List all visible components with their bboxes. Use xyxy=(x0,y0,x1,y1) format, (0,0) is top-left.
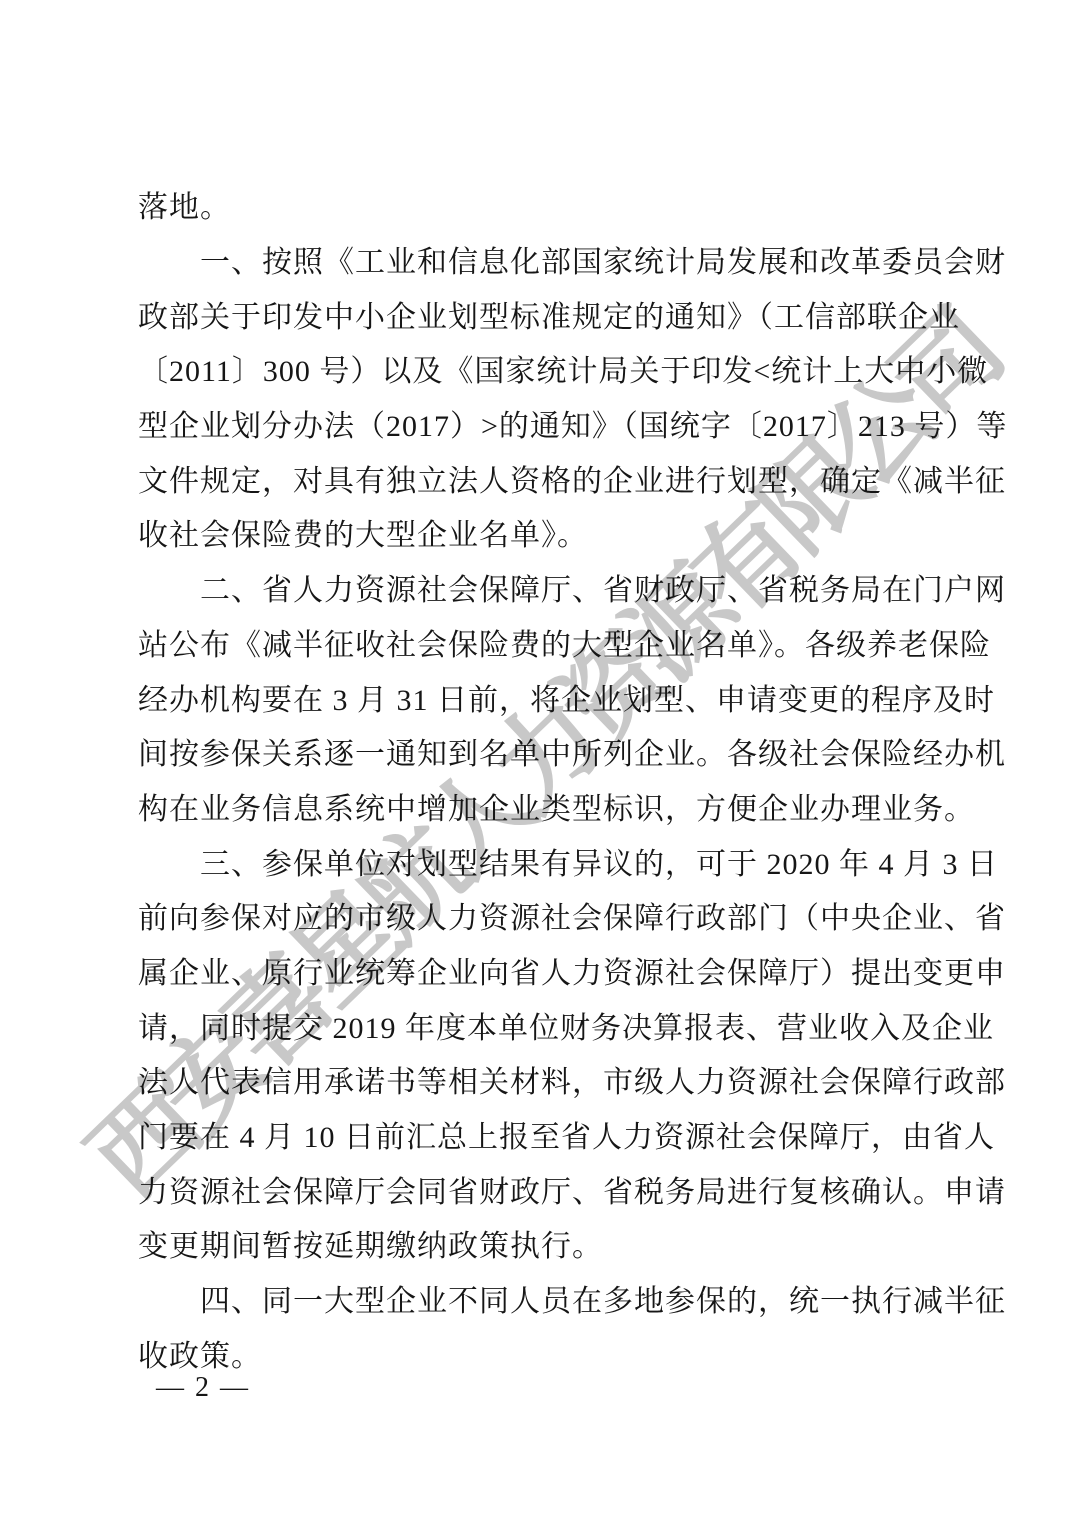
document-line: 属企业、原行业统筹企业向省人力资源社会保障厅）提出变更申 xyxy=(138,943,950,998)
document-page: 西安喜星航人力资源有限公司 落地。 一、按照《工业和信息化部国家统计局发展和改革… xyxy=(0,0,1080,1528)
document-line: 政部关于印发中小企业划型标准规定的通知》（工信部联企业 xyxy=(138,286,950,341)
document-line: 间按参保关系逐一通知到名单中所列企业。各级社会保险经办机 xyxy=(138,724,950,779)
document-line: 力资源社会保障厅会同省财政厅、省税务局进行复核确认。申请 xyxy=(138,1161,950,1216)
page-number: — 2 — xyxy=(156,1372,250,1404)
document-line: 门要在 4 月 10 日前汇总上报至省人力资源社会保障厅，由省人 xyxy=(138,1107,950,1162)
document-line: 收社会保险费的大型企业名单》。 xyxy=(138,505,950,560)
document-line: 法人代表信用承诺书等相关材料，市级人力资源社会保障行政部 xyxy=(138,1052,950,1107)
document-line: 文件规定，对具有独立法人资格的企业进行划型，确定《减半征 xyxy=(138,450,950,505)
document-line: 落地。 xyxy=(138,177,950,232)
document-line: 四、同一大型企业不同人员在多地参保的，统一执行减半征 xyxy=(138,1271,950,1326)
document-line: 构在业务信息系统中增加企业类型标识，方便企业办理业务。 xyxy=(138,779,950,834)
document-line: 收政策。 xyxy=(138,1325,950,1380)
document-line: 一、按照《工业和信息化部国家统计局发展和改革委员会财 xyxy=(138,232,950,287)
document-line: 经办机构要在 3 月 31 日前，将企业划型、申请变更的程序及时 xyxy=(138,669,950,724)
document-line: 站公布《减半征收社会保险费的大型企业名单》。各级养老保险 xyxy=(138,615,950,670)
document-line: 请，同时提交 2019 年度本单位财务决算报表、营业收入及企业 xyxy=(138,997,950,1052)
document-line: 二、省人力资源社会保障厅、省财政厅、省税务局在门户网 xyxy=(138,560,950,615)
document-line: 型企业划分办法（2017）>的通知》（国统字〔2017〕213 号）等 xyxy=(138,396,950,451)
document-body: 落地。 一、按照《工业和信息化部国家统计局发展和改革委员会财 政部关于印发中小企… xyxy=(138,177,950,1380)
document-line: 变更期间暂按延期缴纳政策执行。 xyxy=(138,1216,950,1271)
document-line: 三、参保单位对划型结果有异议的，可于 2020 年 4 月 3 日 xyxy=(138,833,950,888)
document-line: 〔2011〕300 号）以及《国家统计局关于印发<统计上大中小微 xyxy=(138,341,950,396)
document-line: 前向参保对应的市级人力资源社会保障行政部门（中央企业、省 xyxy=(138,888,950,943)
